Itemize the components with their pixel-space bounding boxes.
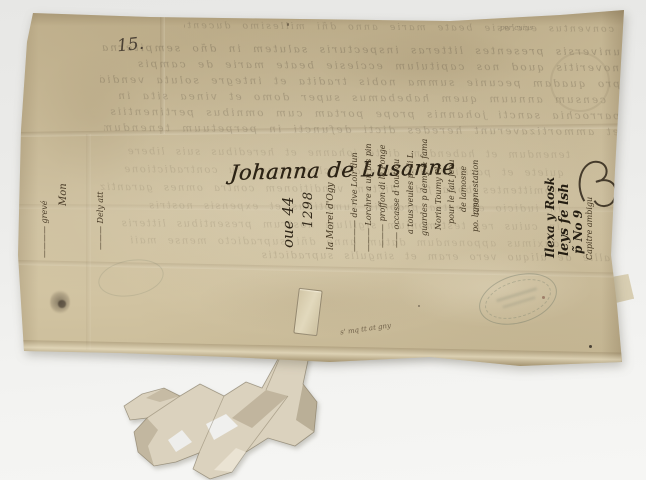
plica-note: s' mq tt at gny [340, 321, 392, 336]
archive-stamp-inner-ring [480, 272, 556, 326]
parchment-charter: conventus ecclesie beate marie anno dñi … [14, 8, 626, 368]
vertical-number-44: oue 44 [279, 197, 297, 248]
vertical-note: guardes p demy & fama [420, 139, 429, 236]
stamp-circle-faint [550, 52, 610, 112]
pencil-note: 15.. fait par Rob. Lamy [362, 10, 450, 21]
plica-edge [20, 340, 622, 369]
ink-speck [287, 23, 289, 26]
bleedthrough-line: noveritis quod nos capitulum ecclesie be… [104, 58, 619, 74]
archive-number: 15. [116, 34, 145, 57]
left-vertical-note: ——— Dely att [96, 191, 105, 250]
ink-speck [418, 305, 420, 307]
vertical-note: a tous veules p. di L. [406, 150, 415, 234]
vertical-note: pour le fait jeou [447, 159, 456, 224]
ink-speck [589, 345, 592, 348]
bleedthrough-line: pro quadam pecunie summa nobis tradita e… [100, 74, 620, 91]
plica-slit [293, 288, 322, 337]
vertical-note: ——— proffon di la Ponge [378, 145, 387, 248]
pencil-note-small: per cuius [500, 24, 533, 32]
stamp-red-dot [542, 296, 545, 299]
vertical-note: ——— Lorchre a un bis pin [364, 143, 373, 252]
left-vertical-note: Mon [58, 183, 69, 206]
stain-spot-core [58, 300, 66, 308]
left-vertical-note: ———— grevé [40, 201, 49, 258]
vertical-note: ———— de rive Loir dun [350, 152, 359, 252]
parchment-wrap: conventus ecclesie beate marie anno dñi … [0, 0, 646, 480]
right-vertical-note: p̃ No 9 [571, 210, 585, 254]
bleedthrough-line: censum annuum quem habebamus super domo … [106, 90, 606, 106]
vertical-note: po. lamonestation [471, 160, 480, 232]
notarial-flourish [566, 149, 624, 214]
crease-line [86, 134, 91, 350]
right-vertical-note: Ilexa y Rosk [543, 177, 557, 258]
right-vertical-note: leys fe lsh [557, 183, 572, 256]
vertical-note: Norin Toumy Pl. [434, 164, 443, 230]
vertical-note: de lamosne [459, 166, 468, 212]
bleedthrough-line: conventus ecclesie beate marie anno dñi … [184, 20, 614, 35]
photo-background: { "annotations": { "archive_number": "15… [0, 0, 646, 480]
bleedthrough-line: allie de aliquo vero eram et singulis su… [110, 249, 610, 264]
bleedthrough-line: parrochia sancti johannis prope portam c… [100, 106, 620, 123]
vertical-morel-line: la Morel d'Ogy [326, 182, 336, 250]
vertical-note: —— occasse d tout au [392, 159, 401, 248]
vertical-number-1298: 1298 [301, 191, 316, 228]
bleedthrough-line: universis presentes litteras inspecturis… [100, 42, 620, 59]
parchment-mottle [194, 266, 454, 336]
